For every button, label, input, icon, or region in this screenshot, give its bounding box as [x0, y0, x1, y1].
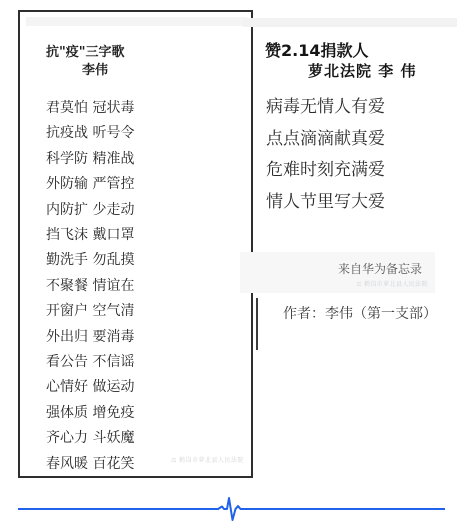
author-blockquote: 作者：李伟（第一支部） — [256, 298, 437, 350]
poem-line: 心情好 做运动 — [46, 375, 134, 400]
memo-source-label: 来自华为备忘录 — [240, 252, 435, 277]
poem-line: 抗疫战 听号令 — [46, 121, 134, 146]
article-page: 抗"疫"三字歌 李伟 君莫怕 冠状毒 抗疫战 听号令 科学防 精准战 外防输 严… — [0, 0, 460, 526]
huawei-memo-box: 来自华为备忘录 ⚖鹤岗市萝北县人民法院 — [240, 252, 435, 293]
poem-line: 强体质 增免疫 — [46, 401, 134, 426]
poem-line: 外防输 严管控 — [46, 172, 134, 197]
court-watermark-text: 鹤岗市萝北县人民法院 — [179, 457, 244, 464]
poem-line: 齐心力 斗妖魔 — [46, 426, 134, 451]
poem-line: 勤洗手 勿乱摸 — [46, 248, 134, 273]
memo-watermark-text: 鹤岗市萝北县人民法院 — [364, 281, 428, 288]
author-note: 作者：李伟（第一支部） — [283, 303, 437, 323]
poem-line: 科学防 精准战 — [46, 147, 134, 172]
poem-line: 挡飞沫 戴口罩 — [46, 223, 134, 248]
poem-line: 情人节里写大爱 — [266, 187, 385, 219]
poem-line: 点点滴滴献真爱 — [266, 124, 385, 156]
left-card-top-strip — [26, 17, 247, 26]
heartbeat-divider — [18, 494, 445, 524]
poem-line: 内防扩 少走动 — [46, 198, 134, 223]
memo-court-watermark: ⚖鹤岗市萝北县人民法院 — [240, 277, 435, 288]
left-poem-author: 李伟 — [82, 59, 108, 78]
poem-line: 病毒无情人有爱 — [266, 92, 385, 124]
left-poem-card: 抗"疫"三字歌 李伟 君莫怕 冠状毒 抗疫战 听号令 科学防 精准战 外防输 严… — [18, 10, 253, 478]
poem-line: 不聚餐 情谊在 — [46, 274, 134, 299]
court-emblem-icon: ⚖ — [171, 457, 177, 464]
poem-line: 开窗户 空气清 — [46, 299, 134, 324]
poem-line: 看公告 不信谣 — [46, 350, 134, 375]
left-poem-title: 抗"疫"三字歌 — [46, 41, 125, 60]
right-poem-title: 赞2.14捐款人 — [265, 38, 368, 61]
poem-line: 春风暖 百花笑 — [46, 452, 134, 477]
poem-line: 君莫怕 冠状毒 — [46, 96, 134, 121]
poem-line: 危难时刻充满爱 — [266, 155, 385, 187]
right-poem-byline: 萝北法院 李 伟 — [308, 60, 416, 81]
poem-line: 外出归 要消毒 — [46, 325, 134, 350]
right-poem-body: 病毒无情人有爱 点点滴滴献真爱 危难时刻充满爱 情人节里写大爱 — [266, 92, 385, 218]
court-emblem-icon: ⚖ — [356, 281, 362, 288]
right-panel-top-strip — [243, 18, 457, 27]
court-watermark: ⚖鹤岗市萝北县人民法院 — [171, 455, 244, 464]
left-poem-body: 君莫怕 冠状毒 抗疫战 听号令 科学防 精准战 外防输 严管控 内防扩 少走动 … — [46, 96, 134, 477]
heartbeat-line — [18, 498, 445, 520]
